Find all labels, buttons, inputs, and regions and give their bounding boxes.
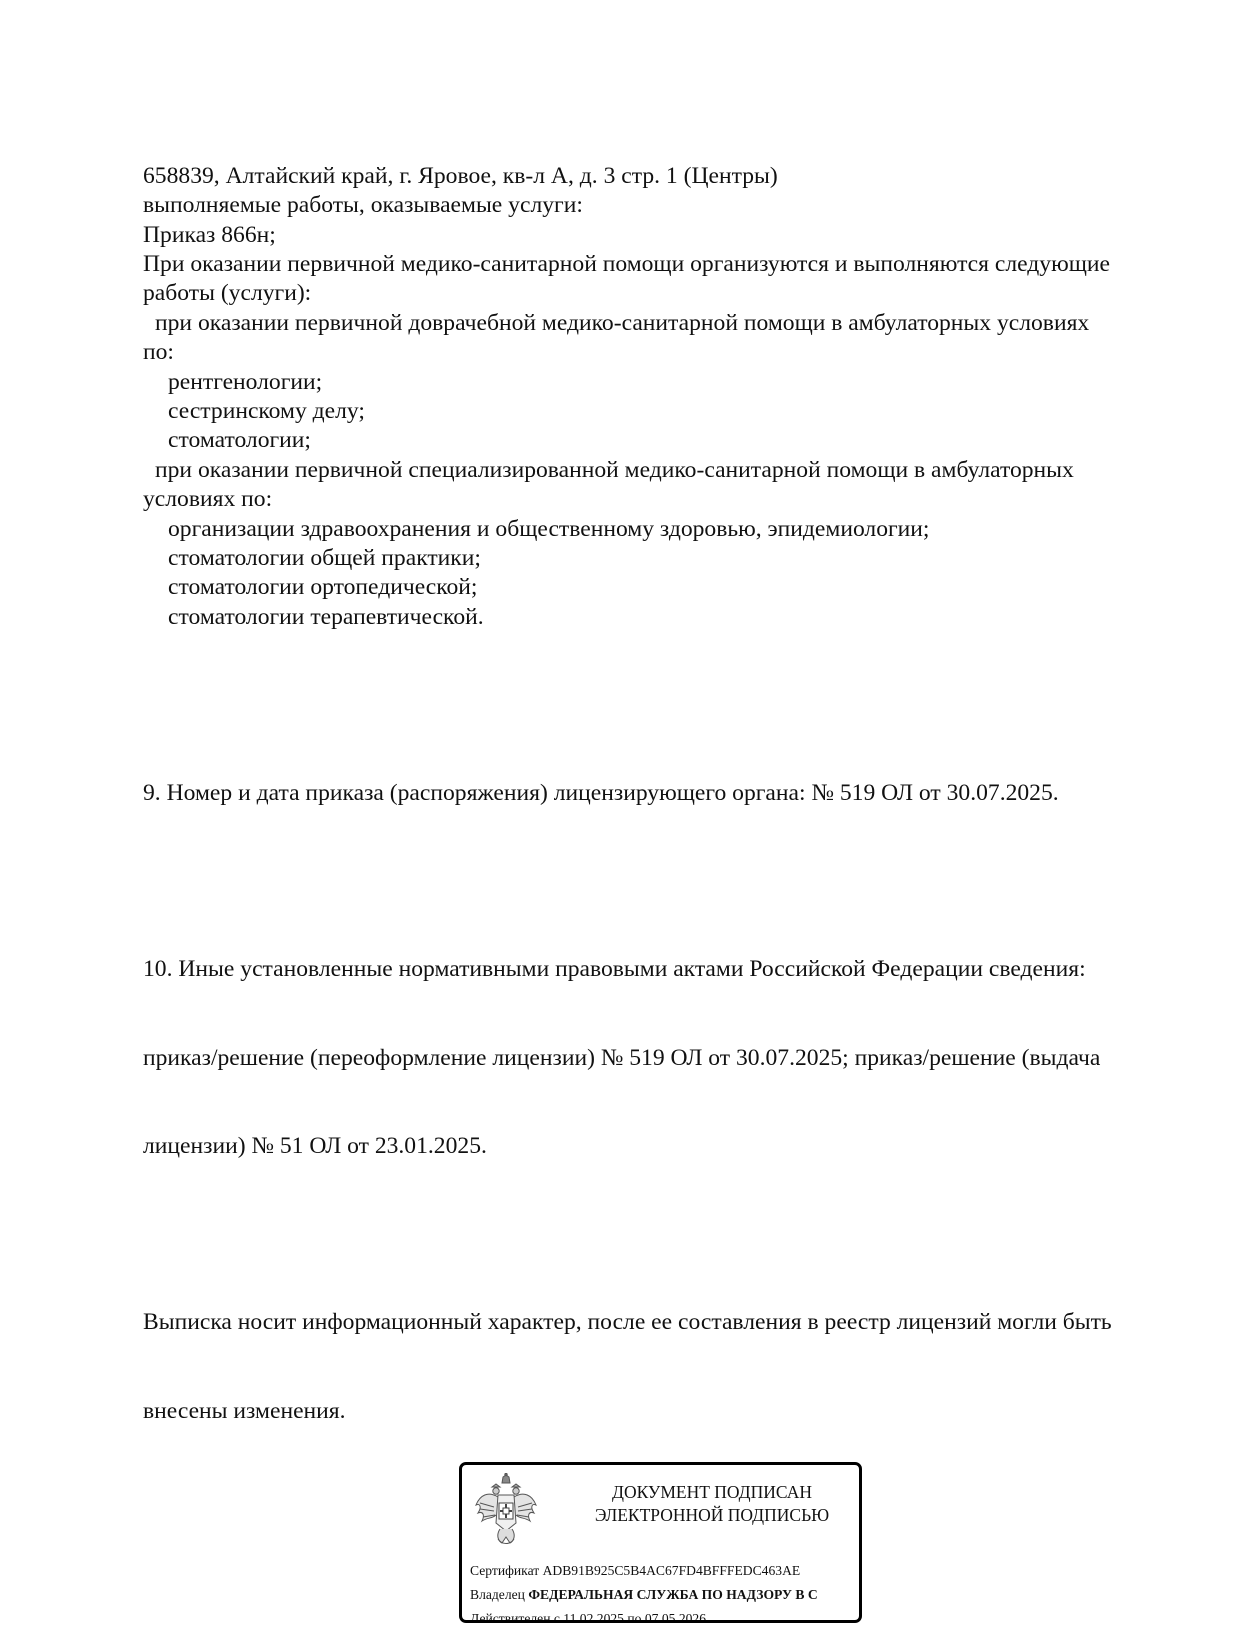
license-detail-line: по: <box>143 338 1173 367</box>
document-body: 658839, Алтайский край, г. Яровое, кв-л … <box>143 103 1173 1485</box>
stamp-certificate-info: Сертификат ADB91B925C5B4AC67FD4BFFFEDC46… <box>470 1559 862 1623</box>
stamp-title-line-1: ДОКУМЕНТ ПОДПИСАН <box>572 1481 852 1504</box>
owner-value: ФЕДЕРАЛЬНАЯ СЛУЖБА ПО НАДЗОРУ В С <box>528 1587 817 1602</box>
license-detail-line: условиях по: <box>143 485 1173 514</box>
license-detail-line: стоматологии; <box>143 426 1173 455</box>
license-detail-line: 658839, Алтайский край, г. Яровое, кв-л … <box>143 162 1173 191</box>
other-info-item-10-line-1: 10. Иные установленные нормативными прав… <box>143 955 1173 984</box>
license-detail-line: стоматологии общей практики; <box>143 544 1173 573</box>
owner-row: Владелец ФЕДЕРАЛЬНАЯ СЛУЖБА ПО НАДЗОРУ В… <box>470 1583 862 1607</box>
owner-label: Владелец <box>470 1587 525 1602</box>
license-detail-line: сестринскому делу; <box>143 397 1173 426</box>
certificate-label: Сертификат <box>470 1563 539 1578</box>
license-detail-line: выполняемые работы, оказываемые услуги: <box>143 191 1173 220</box>
coat-of-arms-icon <box>474 1473 538 1547</box>
electronic-signature-stamp: ДОКУМЕНТ ПОДПИСАН ЭЛЕКТРОННОЙ ПОДПИСЬЮ С… <box>459 1462 862 1623</box>
certificate-value: ADB91B925C5B4AC67FD4BFFFEDC463AE <box>543 1563 801 1578</box>
license-detail-line: При оказании первичной медико-санитарной… <box>143 250 1173 279</box>
validity-row: Действителен с 11.02.2025 по 07.05.2026 <box>470 1607 862 1623</box>
license-detail-line: организации здравоохранения и общественн… <box>143 515 1173 544</box>
license-detail-line: стоматологии ортопедической; <box>143 573 1173 602</box>
license-detail-line: при оказании первичной доврачебной медик… <box>143 309 1173 338</box>
license-detail-line: работы (услуги): <box>143 279 1173 308</box>
other-info-item-10-line-3: лицензии) № 51 ОЛ от 23.01.2025. <box>143 1132 1173 1161</box>
license-detail-line: стоматологии терапевтической. <box>143 603 1173 632</box>
certificate-row: Сертификат ADB91B925C5B4AC67FD4BFFFEDC46… <box>470 1559 862 1583</box>
stamp-title: ДОКУМЕНТ ПОДПИСАН ЭЛЕКТРОННОЙ ПОДПИСЬЮ <box>572 1481 852 1527</box>
order-number-item-9: 9. Номер и дата приказа (распоряжения) л… <box>143 779 1173 808</box>
license-detail-line: Приказ 866н; <box>143 221 1173 250</box>
license-detail-line: при оказании первичной специализированно… <box>143 456 1173 485</box>
stamp-title-line-2: ЭЛЕКТРОННОЙ ПОДПИСЬЮ <box>572 1504 852 1527</box>
license-detail-line: рентгенологии; <box>143 368 1173 397</box>
document-page: 658839, Алтайский край, г. Яровое, кв-л … <box>0 0 1240 1650</box>
disclaimer-line-2: внесены изменения. <box>143 1397 1173 1426</box>
disclaimer-line-1: Выписка носит информационный характер, п… <box>143 1308 1173 1337</box>
license-details-section: 658839, Алтайский край, г. Яровое, кв-л … <box>143 162 1173 632</box>
other-info-item-10-line-2: приказ/решение (переоформление лицензии)… <box>143 1044 1173 1073</box>
